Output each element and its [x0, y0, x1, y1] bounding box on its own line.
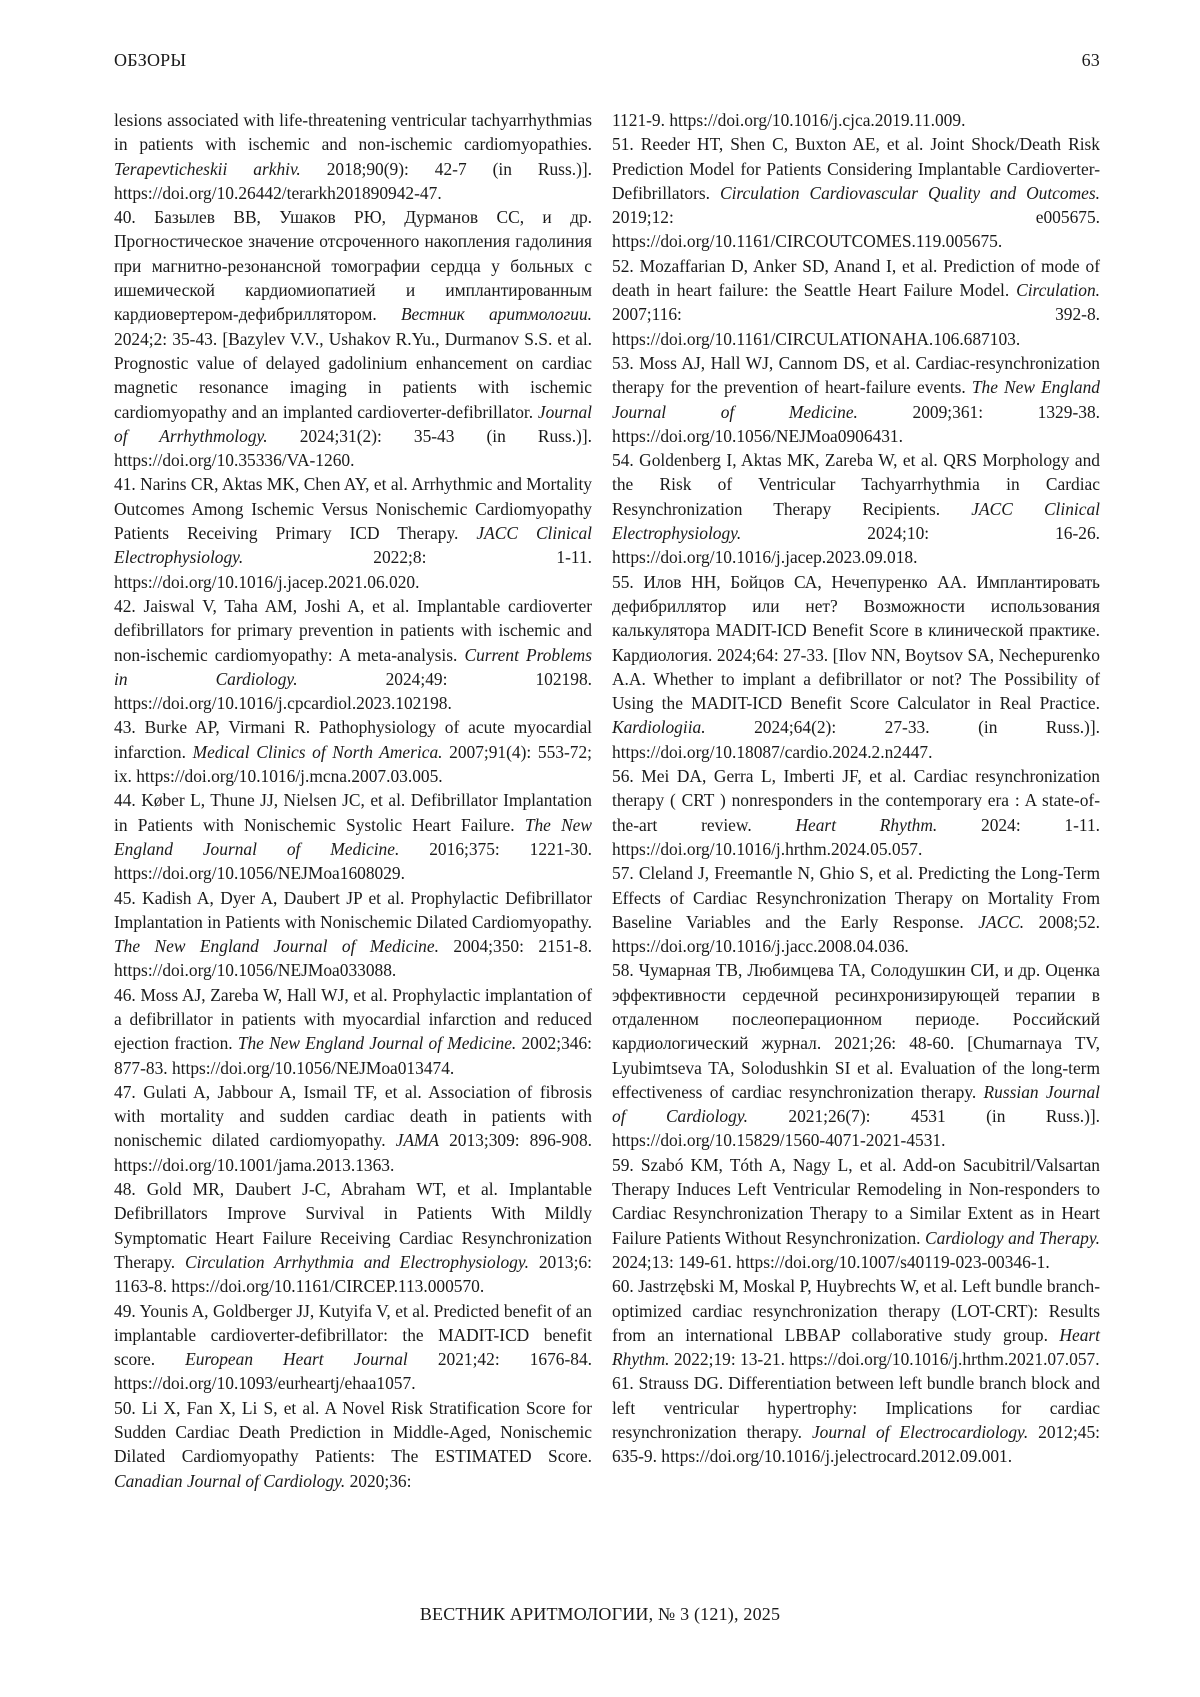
reference-item: 46. Moss AJ, Zareba W, Hall WJ, et al. P… — [114, 983, 592, 1080]
journal-title: European Heart Journal — [185, 1349, 408, 1369]
reference-item: 41. Narins CR, Aktas MK, Chen AY, et al.… — [114, 472, 592, 593]
reference-item: 57. Cleland J, Freemantle N, Ghio S, et … — [612, 861, 1100, 958]
reference-text: 50. Li X, Fan X, Li S, et al. A Novel Ri… — [114, 1398, 592, 1467]
reference-item: 47. Gulati A, Jabbour A, Ismail TF, et a… — [114, 1080, 592, 1177]
reference-item: 53. Moss AJ, Hall WJ, Cannom DS, et al. … — [612, 351, 1100, 448]
reference-text: lesions associated with life-threatening… — [114, 110, 592, 154]
reference-item: 59. Szabó KM, Tóth A, Nagy L, et al. Add… — [612, 1153, 1100, 1274]
reference-text: 2019;12: e005675. https://doi.org/10.116… — [612, 207, 1100, 251]
journal-title: Terapevticheskii arkhiv. — [114, 159, 301, 179]
journal-title: Circulation Cardiovascular Quality and O… — [720, 183, 1100, 203]
page-number: 63 — [1082, 50, 1100, 71]
running-head: ОБЗОРЫ 63 — [114, 50, 1100, 74]
reference-item: 1121-9. https://doi.org/10.1016/j.cjca.2… — [612, 108, 1100, 132]
journal-title: JACC. — [978, 912, 1024, 932]
reference-item: 49. Younis A, Goldberger JJ, Kutyifa V, … — [114, 1299, 592, 1396]
journal-title: The New England Journal of Medicine. — [238, 1033, 516, 1053]
reference-text: 60. Jastrzębski M, Moskal P, Huybrechts … — [612, 1276, 1100, 1345]
reference-text: 45. Kadish A, Dyer A, Daubert JP et al. … — [114, 888, 592, 932]
reference-item: 56. Mei DA, Gerra L, Imberti JF, et al. … — [612, 764, 1100, 861]
reference-item: 42. Jaiswal V, Taha AM, Joshi A, et al. … — [114, 594, 592, 715]
reference-item: 60. Jastrzębski M, Moskal P, Huybrechts … — [612, 1274, 1100, 1371]
reference-item: 61. Strauss DG. Differentiation between … — [612, 1371, 1100, 1468]
reference-text: 2007;116: 392-8. https://doi.org/10.1161… — [612, 304, 1100, 348]
reference-text: 55. Илов НН, Бойцов СА, Нечепуренко АА. … — [612, 572, 1100, 713]
reference-columns: lesions associated with life-threatening… — [114, 108, 1100, 1493]
reference-item: 52. Mozaffarian D, Anker SD, Anand I, et… — [612, 254, 1100, 351]
reference-item: lesions associated with life-threatening… — [114, 108, 592, 205]
journal-title: Medical Clinics of North America. — [193, 742, 443, 762]
reference-text: 58. Чумарная ТВ, Любимцева ТА, Солодушки… — [612, 960, 1100, 1101]
journal-title: Вестник аритмологии. — [401, 304, 592, 324]
reference-text: 1121-9. https://doi.org/10.1016/j.cjca.2… — [612, 110, 965, 130]
reference-text: 2022;19: 13-21. https://doi.org/10.1016/… — [669, 1349, 1099, 1369]
reference-item: 40. Базылев ВВ, Ушаков РЮ, Дурманов СС, … — [114, 205, 592, 472]
reference-item: 48. Gold MR, Daubert J-C, Abraham WT, et… — [114, 1177, 592, 1298]
journal-title: JAMA — [396, 1130, 439, 1150]
reference-item: 51. Reeder HT, Shen C, Buxton AE, et al.… — [612, 132, 1100, 253]
journal-title: Canadian Journal of Cardiology. — [114, 1471, 345, 1491]
reference-list-left: lesions associated with life-threatening… — [114, 108, 592, 1493]
reference-text: 2020;36: — [345, 1471, 411, 1491]
reference-item: 50. Li X, Fan X, Li S, et al. A Novel Ri… — [114, 1396, 592, 1493]
reference-item: 54. Goldenberg I, Aktas MK, Zareba W, et… — [612, 448, 1100, 569]
journal-title: Journal of Electrocardiology. — [812, 1422, 1028, 1442]
journal-title: Cardiology and Therapy. — [925, 1228, 1100, 1248]
reference-item: 44. Køber L, Thune JJ, Nielsen JC, et al… — [114, 788, 592, 885]
journal-footer: ВЕСТНИК АРИТМОЛОГИИ, № 3 (121), 2025 — [0, 1604, 1200, 1625]
reference-text: 2024;13: 149-61. https://doi.org/10.1007… — [612, 1252, 1050, 1272]
journal-title: Kardiologiia. — [612, 717, 706, 737]
reference-list-right: 1121-9. https://doi.org/10.1016/j.cjca.2… — [612, 108, 1100, 1493]
reference-text: 44. Køber L, Thune JJ, Nielsen JC, et al… — [114, 790, 592, 834]
journal-title: Circulation. — [1016, 280, 1100, 300]
journal-title: Heart Rhythm. — [795, 815, 937, 835]
reference-item: 58. Чумарная ТВ, Любимцева ТА, Солодушки… — [612, 958, 1100, 1152]
section-title: ОБЗОРЫ — [114, 50, 186, 71]
journal-title: Circulation Arrhythmia and Electrophysio… — [185, 1252, 529, 1272]
reference-item: 55. Илов НН, Бойцов СА, Нечепуренко АА. … — [612, 570, 1100, 764]
reference-text: 2024;2: 35-43. [Bazylev V.V., Ushakov R.… — [114, 329, 592, 422]
journal-title: The New England Journal of Medicine. — [114, 936, 439, 956]
reference-item: 43. Burke AP, Virmani R. Pathophysiology… — [114, 715, 592, 788]
reference-item: 45. Kadish A, Dyer A, Daubert JP et al. … — [114, 886, 592, 983]
